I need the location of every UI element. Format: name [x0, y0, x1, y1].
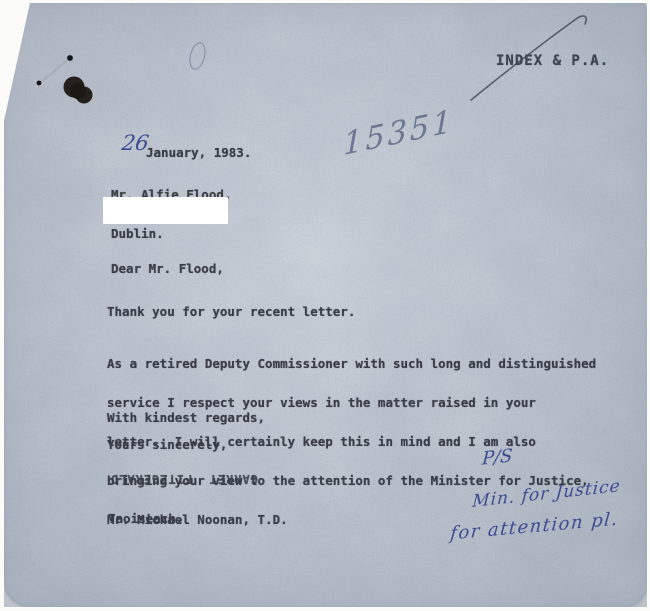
valediction-line: Yours sincerely, [107, 438, 227, 451]
salutation: Dear Mr. Flood, [111, 262, 224, 275]
regards-line: With kindest regards, [107, 411, 265, 424]
recipient-city: Dublin. [111, 227, 164, 240]
signature-title: Taoiseach. [108, 512, 183, 525]
letter-paper: INDEX & P.A. 15351 26 January, 1983. Mr.… [4, 3, 647, 607]
ref-number: 15351 [343, 103, 454, 163]
letter-para1: Thank you for your recent letter. [107, 305, 355, 318]
signature-stamp-upside-down: GARRET FITZGERALD [109, 472, 259, 485]
para-line: As a retired Deputy Commissioner with su… [107, 357, 596, 370]
stamp-index-pa: INDEX & P.A. [496, 53, 609, 69]
address-redaction [103, 197, 228, 224]
staple-mark [37, 55, 73, 85]
para-line: service I respect your views in the matt… [107, 396, 596, 409]
pen-circle-mark [187, 41, 208, 72]
ink-blot [64, 77, 93, 104]
note-ps: P/S [481, 445, 513, 469]
date-typed: January, 1983. [146, 146, 251, 159]
